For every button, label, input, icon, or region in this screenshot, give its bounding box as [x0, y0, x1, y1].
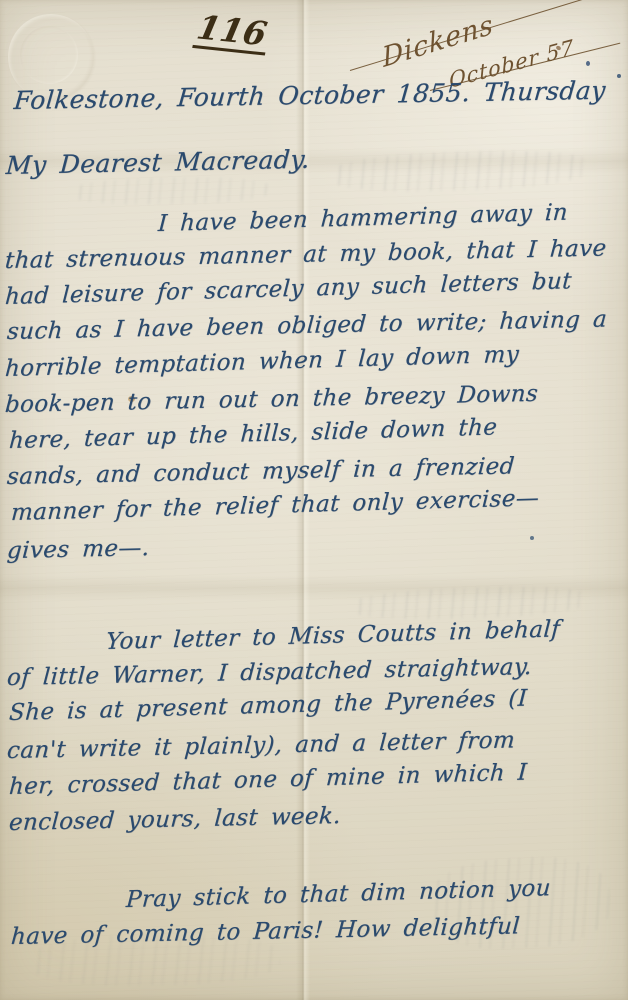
letter-page: 116 Dickens October 57 Folkestone, Fourt… [0, 0, 628, 1000]
page-number: 116 [192, 11, 272, 56]
letter-line: gives me—. [6, 535, 150, 564]
ink-speck [530, 536, 534, 540]
embossed-seal-inner-ring [20, 26, 78, 84]
